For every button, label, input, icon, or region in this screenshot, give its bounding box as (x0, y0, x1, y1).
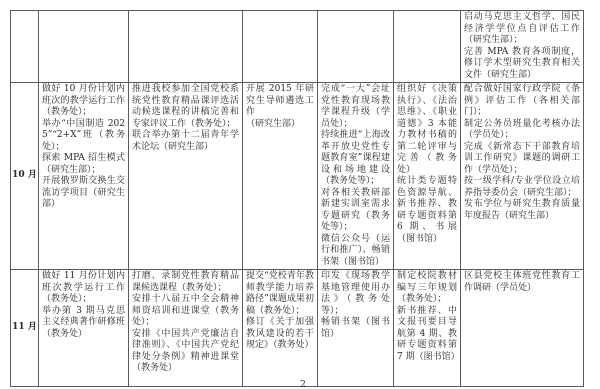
table-cell (129, 11, 243, 83)
table-row: 启动马克思主义哲学、国民经济学学位点自评估工作（研究生部）； 完善 MPA 教育… (11, 11, 584, 83)
cell-text: 启动马克思主义哲学、国民经济学学位点自评估工作（研究生部）； 完善 MPA 教育… (464, 12, 580, 81)
cell-text: 开展 2015 年研究生导师遴选工作 （研究生部） (246, 84, 314, 130)
month-cell: 10 月 (11, 83, 39, 270)
cell-text: 打磨、录制党性教育精品课候选课程（教务处）； 安排十八届五中全会精神师资培训和进… (132, 271, 239, 375)
cell-text: 制定校院教材编写三年规划（教务处）； 新书推荐、中文报刊要目导航第 4 期、教研… (397, 271, 457, 363)
table-cell: 制定校院教材编写三年规划（教务处）； 新书推荐、中文报刊要目导航第 4 期、教研… (394, 270, 461, 387)
table-row: 10 月 做好 10 月份计划内班次的教学运行工作（教务处）； 举办“中国制造 … (11, 83, 584, 270)
table-cell: 推进我校参加全国党校系统党性教育精品课评选活动候选课程的讲稿完善和专家评议工作（… (129, 83, 243, 270)
table-cell (318, 11, 394, 83)
table-cell: 开展 2015 年研究生导师遴选工作 （研究生部） (243, 83, 318, 270)
cell-text: 提交“党校青年教师教学能力培养路径”课题成果初稿（教务处）； 修订《关于加强教风… (246, 271, 314, 352)
cell-text: 做好 11 月份计划内班次教学运行工作（教务处）； 举办第 3 期马克思主义经典… (42, 271, 125, 340)
table-cell: 启动马克思主义哲学、国民经济学学位点自评估工作（研究生部）； 完善 MPA 教育… (461, 11, 584, 83)
work-plan-table: 启动马克思主义哲学、国民经济学学位点自评估工作（研究生部）； 完善 MPA 教育… (10, 10, 584, 387)
month-label: 11 月 (12, 322, 37, 332)
table-cell (394, 11, 461, 83)
table-cell: 提交“党校青年教师教学能力培养路径”课题成果初稿（教务处）； 修订《关于加强教风… (243, 270, 318, 387)
table-cell: 打磨、录制党性教育精品课候选课程（教务处）； 安排十八届五中全会精神师资培训和进… (129, 270, 243, 387)
table-cell: 配合做好国家行政学院《条例》评估工作（各相关部门）； 制定公务员班量化考核办法（… (461, 83, 584, 270)
table-row: 11 月 做好 11 月份计划内班次教学运行工作（教务处）； 举办第 3 期马克… (11, 270, 584, 387)
table-cell: 做好 11 月份计划内班次教学运行工作（教务处）； 举办第 3 期马克思主义经典… (39, 270, 129, 387)
cell-text: 推进我校参加全国党校系统党性教育精品课评选活动候选课程的讲稿完善和专家评议工作（… (132, 84, 239, 153)
table-cell: 做好 10 月份计划内班次的教学运行工作（教务处）； 举办“中国制造 2025”… (39, 83, 129, 270)
cell-text: 做好 10 月份计划内班次的教学运行工作（教务处）； 举办“中国制造 2025”… (42, 84, 125, 211)
cell-text: 印发《现场教学基地管理使用办法》（教务处等）； 畅销书架（图书馆） (321, 271, 390, 340)
month-cell (11, 11, 39, 83)
table-cell (243, 11, 318, 83)
table-cell: 区县党校主体班党性教育工作调研（学员处） (461, 270, 584, 387)
cell-text: 区县党校主体班党性教育工作调研（学员处） (464, 271, 580, 294)
month-label: 10 月 (12, 170, 37, 180)
month-cell: 11 月 (11, 270, 39, 387)
cell-text: 组织好《决策执行》、《法治思维》、《职业道德》3 本能力教材书稿的第二轮评审与完… (397, 84, 457, 245)
page-number: 2 (300, 380, 306, 389)
cell-text: 完成“一大”会址党性教育现场教学课程升级（学员处）； 持续推进“上海改革开放史党… (321, 84, 390, 268)
document-page: { "doc": { "page_number": "2", "table": … (0, 0, 600, 389)
table-cell: 组织好《决策执行》、《法治思维》、《职业道德》3 本能力教材书稿的第二轮评审与完… (394, 83, 461, 270)
table-cell: 印发《现场教学基地管理使用办法》（教务处等）； 畅销书架（图书馆） (318, 270, 394, 387)
table-cell: 完成“一大”会址党性教育现场教学课程升级（学员处）； 持续推进“上海改革开放史党… (318, 83, 394, 270)
cell-text: 配合做好国家行政学院《条例》评估工作（各相关部门）； 制定公务员班量化考核办法（… (464, 84, 580, 222)
table-cell (39, 11, 129, 83)
